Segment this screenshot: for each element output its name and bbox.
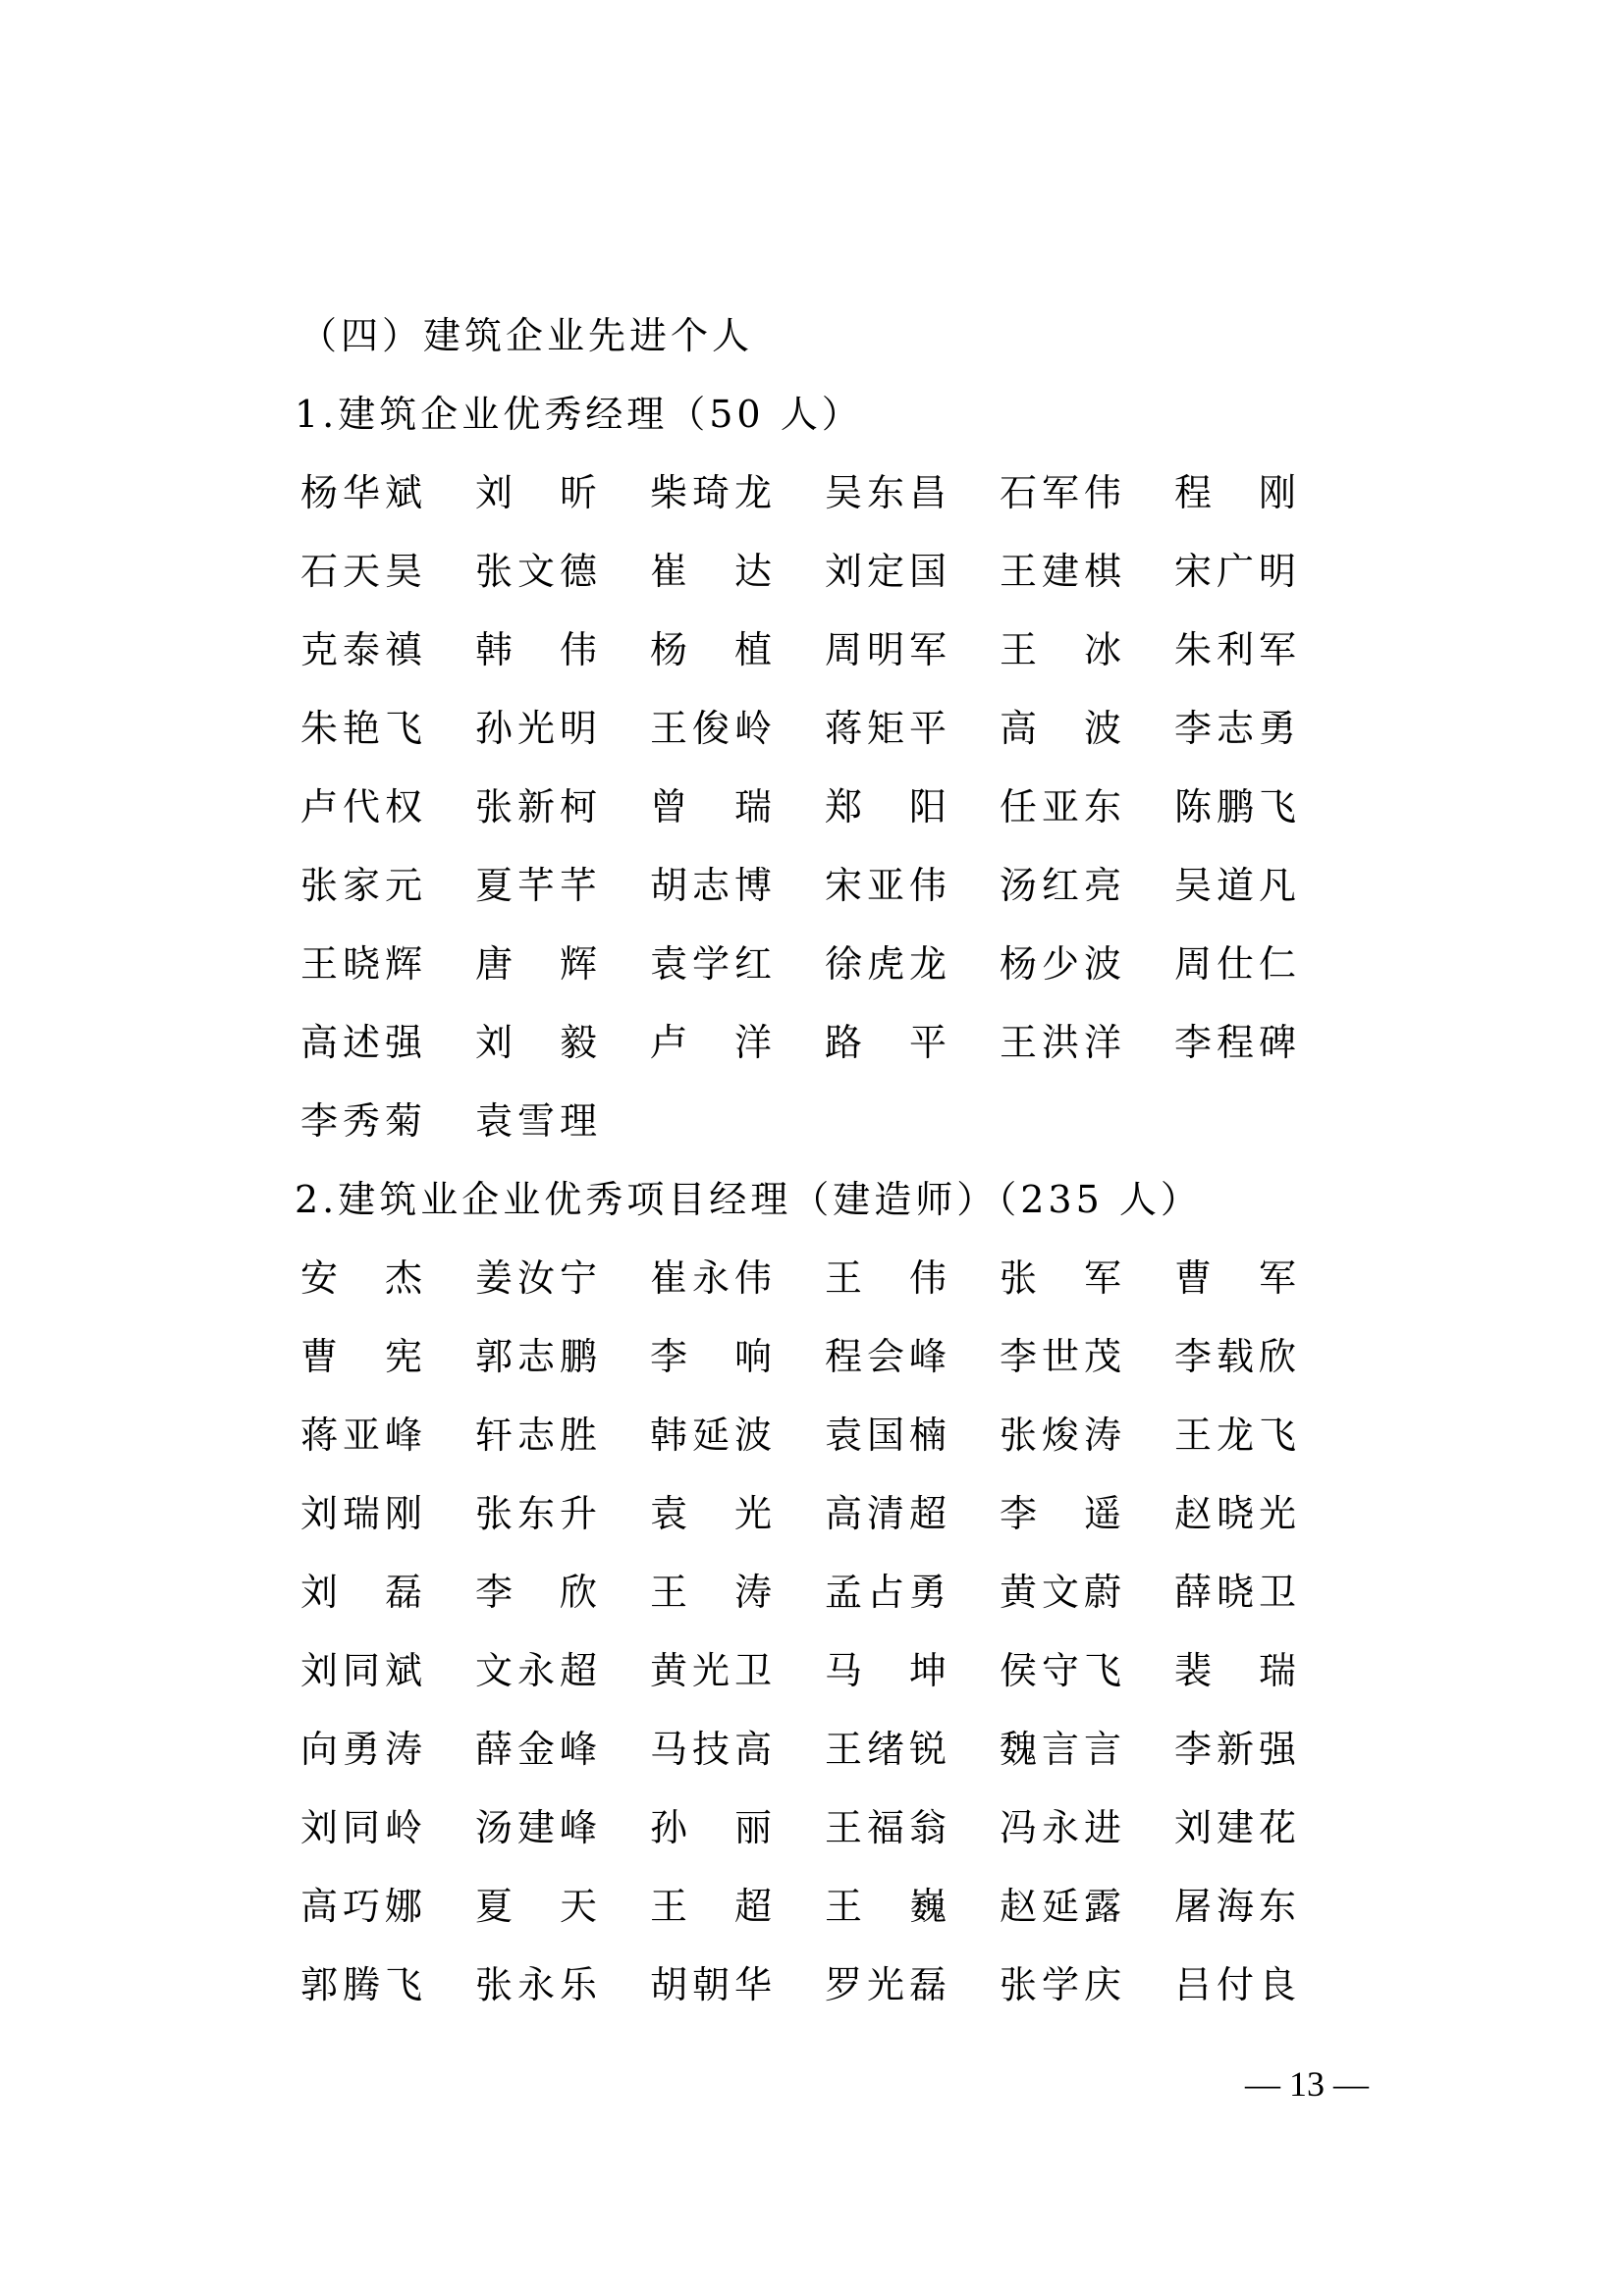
person-name: 吴东昌 xyxy=(824,465,999,520)
person-name: 王涛 xyxy=(649,1565,824,1620)
person-name: 黄光卫 xyxy=(649,1643,824,1698)
person-name: 高波 xyxy=(999,701,1173,756)
names-row: 曹宪郭志鹏李响程会峰李世茂李载欣 xyxy=(299,1329,1348,1384)
names-row: 刘瑞刚张东升袁光高清超李遥赵晓光 xyxy=(299,1486,1348,1541)
person-name: 赵晓光 xyxy=(1173,1486,1348,1541)
person-name: 宋广明 xyxy=(1173,544,1348,599)
person-name: 王福翁 xyxy=(824,1800,999,1855)
person-name: 张学庆 xyxy=(999,1957,1173,2012)
group-title-excellent-project-managers: 2.建筑业企业优秀项目经理（建造师）（235 人） xyxy=(295,1172,1202,1227)
person-name: 孟占勇 xyxy=(824,1565,999,1620)
person-name: 吴道凡 xyxy=(1173,858,1348,913)
person-name: 刘昕 xyxy=(474,465,649,520)
person-name: 程刚 xyxy=(1173,465,1348,520)
names-row: 卢代权张新柯曾瑞郑阳任亚东陈鹏飞 xyxy=(299,779,1348,834)
person-name: 周明军 xyxy=(824,622,999,677)
person-name: 马坤 xyxy=(824,1643,999,1698)
person-name: 汤建峰 xyxy=(474,1800,649,1855)
person-name: 蒋亚峰 xyxy=(299,1408,474,1463)
names-row: 郭腾飞张永乐胡朝华罗光磊张学庆吕付良 xyxy=(299,1957,1348,2012)
person-name: 曾瑞 xyxy=(649,779,824,834)
person-name: 袁国楠 xyxy=(824,1408,999,1463)
person-name: 韩伟 xyxy=(474,622,649,677)
person-name: 李载欣 xyxy=(1173,1329,1348,1384)
person-name: 杨华斌 xyxy=(299,465,474,520)
person-name: 徐虎龙 xyxy=(824,936,999,991)
person-name: 李程碑 xyxy=(1173,1015,1348,1070)
person-name: 曹宪 xyxy=(299,1329,474,1384)
person-name: 黄文蔚 xyxy=(999,1565,1173,1620)
names-row: 石天昊张文德崔达刘定国王建棋宋广明 xyxy=(299,544,1348,599)
person-name: 李响 xyxy=(649,1329,824,1384)
person-name: 王俊岭 xyxy=(649,701,824,756)
person-name: 王龙飞 xyxy=(1173,1408,1348,1463)
person-name: 夏天 xyxy=(474,1879,649,1934)
person-name: 侯守飞 xyxy=(999,1643,1173,1698)
group-title-excellent-managers: 1.建筑企业优秀经理（50 人） xyxy=(295,387,863,442)
person-name: 李秀菊 xyxy=(299,1094,474,1148)
person-name: 高述强 xyxy=(299,1015,474,1070)
person-name: 薛晓卫 xyxy=(1173,1565,1348,1620)
person-name: 李欣 xyxy=(474,1565,649,1620)
person-name: 郭腾飞 xyxy=(299,1957,474,2012)
names-row: 高巧娜夏天王超王巍赵延露屠海东 xyxy=(299,1879,1348,1934)
person-name: 唐辉 xyxy=(474,936,649,991)
names-row: 蒋亚峰轩志胜韩延波袁国楠张焌涛王龙飞 xyxy=(299,1408,1348,1463)
person-name: 任亚东 xyxy=(999,779,1173,834)
person-name: 汤红亮 xyxy=(999,858,1173,913)
person-name: 宋亚伟 xyxy=(824,858,999,913)
person-name: 郭志鹏 xyxy=(474,1329,649,1384)
page-number: — 13 — xyxy=(1245,2059,1369,2109)
person-name: 卢洋 xyxy=(649,1015,824,1070)
person-name: 张新柯 xyxy=(474,779,649,834)
person-name: 石天昊 xyxy=(299,544,474,599)
person-name: 李遥 xyxy=(999,1486,1173,1541)
names-row: 刘同斌文永超黄光卫马坤侯守飞裴瑞 xyxy=(299,1643,1348,1698)
person-name: 克泰禛 xyxy=(299,622,474,677)
person-name: 薛金峰 xyxy=(474,1722,649,1777)
person-name: 刘瑞刚 xyxy=(299,1486,474,1541)
person-name: 王超 xyxy=(649,1879,824,1934)
person-name: 曹军 xyxy=(1173,1251,1348,1306)
names-row: 安杰姜汝宁崔永伟王伟张军曹军 xyxy=(299,1251,1348,1306)
person-name: 向勇涛 xyxy=(299,1722,474,1777)
person-name: 张家元 xyxy=(299,858,474,913)
person-name: 孙丽 xyxy=(649,1800,824,1855)
person-name: 张文德 xyxy=(474,544,649,599)
person-name: 刘磊 xyxy=(299,1565,474,1620)
person-name: 刘同岭 xyxy=(299,1800,474,1855)
names-row: 克泰禛韩伟杨植周明军王冰朱利军 xyxy=(299,622,1348,677)
names-row: 刘同岭汤建峰孙丽王福翁冯永进刘建花 xyxy=(299,1800,1348,1855)
person-name: 罗光磊 xyxy=(824,1957,999,2012)
person-name: 魏言言 xyxy=(999,1722,1173,1777)
names-row: 李秀菊袁雪理 xyxy=(299,1094,649,1148)
person-name: 杨少波 xyxy=(999,936,1173,991)
names-row: 刘磊李欣王涛孟占勇黄文蔚薛晓卫 xyxy=(299,1565,1348,1620)
names-row: 张家元夏芊芊胡志博宋亚伟汤红亮吴道凡 xyxy=(299,858,1348,913)
person-name: 马技高 xyxy=(649,1722,824,1777)
person-name: 姜汝宁 xyxy=(474,1251,649,1306)
person-name: 李新强 xyxy=(1173,1722,1348,1777)
person-name: 程会峰 xyxy=(824,1329,999,1384)
person-name: 胡朝华 xyxy=(649,1957,824,2012)
person-name: 安杰 xyxy=(299,1251,474,1306)
person-name: 袁光 xyxy=(649,1486,824,1541)
names-row: 王晓辉唐辉袁学红徐虎龙杨少波周仕仁 xyxy=(299,936,1348,991)
person-name: 崔达 xyxy=(649,544,824,599)
person-name: 王伟 xyxy=(824,1251,999,1306)
person-name: 王绪锐 xyxy=(824,1722,999,1777)
person-name: 轩志胜 xyxy=(474,1408,649,1463)
person-name: 刘同斌 xyxy=(299,1643,474,1698)
person-name: 刘建花 xyxy=(1173,1800,1348,1855)
person-name: 蒋矩平 xyxy=(824,701,999,756)
person-name: 夏芊芊 xyxy=(474,858,649,913)
person-name: 赵延露 xyxy=(999,1879,1173,1934)
person-name: 石军伟 xyxy=(999,465,1173,520)
person-name: 袁学红 xyxy=(649,936,824,991)
person-name: 张东升 xyxy=(474,1486,649,1541)
person-name: 王建棋 xyxy=(999,544,1173,599)
person-name: 崔永伟 xyxy=(649,1251,824,1306)
person-name: 周仕仁 xyxy=(1173,936,1348,991)
person-name: 张军 xyxy=(999,1251,1173,1306)
person-name: 高清超 xyxy=(824,1486,999,1541)
person-name: 刘定国 xyxy=(824,544,999,599)
person-name: 王晓辉 xyxy=(299,936,474,991)
person-name: 王巍 xyxy=(824,1879,999,1934)
person-name: 卢代权 xyxy=(299,779,474,834)
person-name: 袁雪理 xyxy=(474,1094,649,1148)
person-name: 高巧娜 xyxy=(299,1879,474,1934)
person-name: 路平 xyxy=(824,1015,999,1070)
section-title: （四）建筑企业先进个人 xyxy=(299,308,753,363)
person-name: 王洪洋 xyxy=(999,1015,1173,1070)
person-name: 柴琦龙 xyxy=(649,465,824,520)
names-row: 杨华斌刘昕柴琦龙吴东昌石军伟程刚 xyxy=(299,465,1348,520)
person-name: 朱艳飞 xyxy=(299,701,474,756)
person-name: 屠海东 xyxy=(1173,1879,1348,1934)
person-name: 张焌涛 xyxy=(999,1408,1173,1463)
person-name: 文永超 xyxy=(474,1643,649,1698)
person-name: 刘毅 xyxy=(474,1015,649,1070)
person-name: 胡志博 xyxy=(649,858,824,913)
person-name: 杨植 xyxy=(649,622,824,677)
person-name: 孙光明 xyxy=(474,701,649,756)
person-name: 裴瑞 xyxy=(1173,1643,1348,1698)
person-name: 郑阳 xyxy=(824,779,999,834)
person-name: 王冰 xyxy=(999,622,1173,677)
names-row: 向勇涛薛金峰马技高王绪锐魏言言李新强 xyxy=(299,1722,1348,1777)
names-row: 高述强刘毅卢洋路平王洪洋李程碑 xyxy=(299,1015,1348,1070)
document-page: （四）建筑企业先进个人 1.建筑企业优秀经理（50 人） 杨华斌刘昕柴琦龙吴东昌… xyxy=(0,0,1624,2296)
person-name: 吕付良 xyxy=(1173,1957,1348,2012)
person-name: 李世茂 xyxy=(999,1329,1173,1384)
person-name: 陈鹏飞 xyxy=(1173,779,1348,834)
person-name: 朱利军 xyxy=(1173,622,1348,677)
person-name: 张永乐 xyxy=(474,1957,649,2012)
names-row: 朱艳飞孙光明王俊岭蒋矩平高波李志勇 xyxy=(299,701,1348,756)
person-name: 韩延波 xyxy=(649,1408,824,1463)
person-name: 李志勇 xyxy=(1173,701,1348,756)
person-name: 冯永进 xyxy=(999,1800,1173,1855)
